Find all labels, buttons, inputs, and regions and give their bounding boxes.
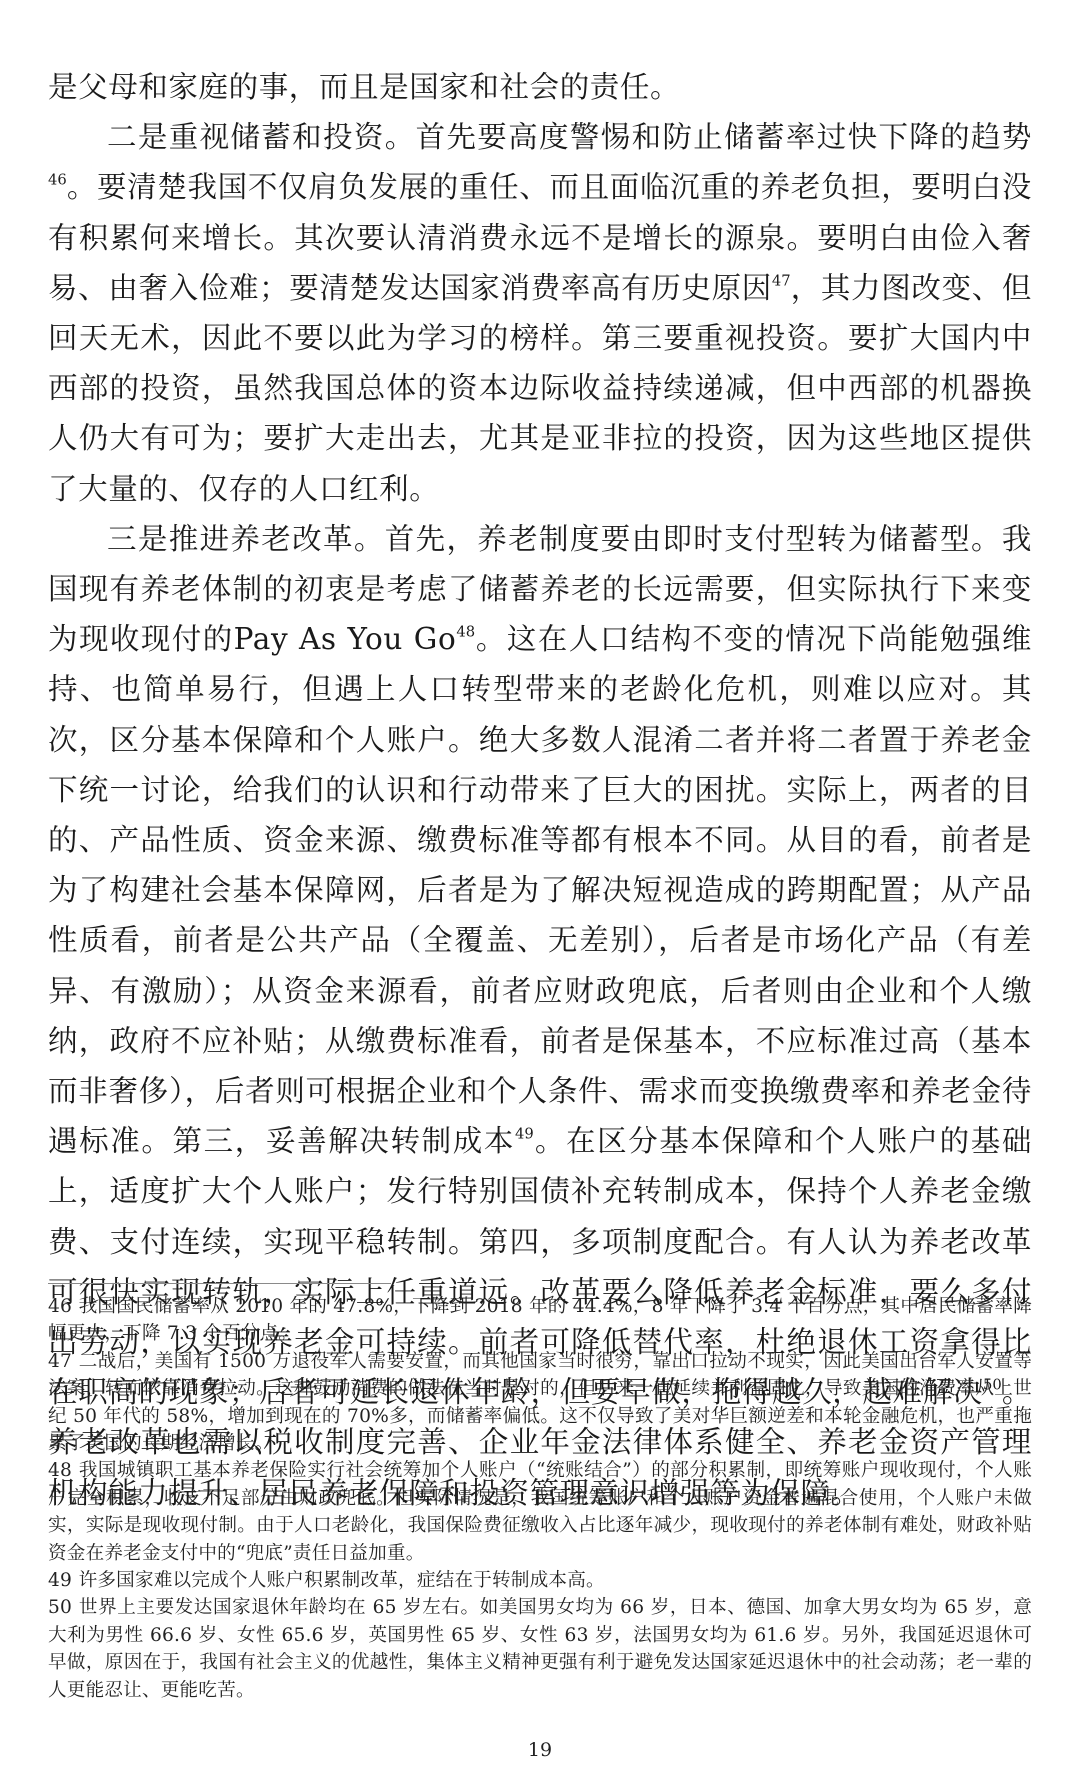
- paragraph-text: 二是重视储蓄和投资。首先要高度警惕和防止储蓄率过快下降的趋势: [107, 120, 1032, 154]
- footnote-ref-47[interactable]: 47: [772, 272, 791, 289]
- footnote-number: 49: [48, 1570, 72, 1591]
- footnote-47: 47二战后，美国有 1500 万退役军人需要安置，而其他国家当时很穷，靠出口拉动…: [48, 1348, 1032, 1458]
- paragraph-savings-investment: 二是重视储蓄和投资。首先要高度警惕和防止储蓄率过快下降的趋势46。要清楚我国不仅…: [48, 112, 1032, 514]
- paragraph-text: ，其力图改变、但回天无术，因此不要以此为学习的榜样。第三要重视投资。要扩大国内中…: [48, 271, 1032, 506]
- footnote-separator: [48, 1283, 391, 1284]
- footnote-text: 世界上主要发达国家退休年龄均在 65 岁左右。如美国男女均为 66 岁，日本、德…: [48, 1597, 1032, 1700]
- paragraph-text: 是父母和家庭的事，而且是国家和社会的责任。: [48, 70, 680, 104]
- footnote-50: 50世界上主要发达国家退休年龄均在 65 岁左右。如美国男女均为 66 岁，日本…: [48, 1594, 1032, 1704]
- footnote-46: 46我国国民储蓄率从 2010 年的 47.8%，下降到 2018 年的 44.…: [48, 1293, 1032, 1348]
- page-number: 19: [48, 1738, 1032, 1762]
- footnote-number: 48: [48, 1460, 72, 1481]
- footnote-ref-48[interactable]: 48: [456, 624, 475, 641]
- footnote-ref-46[interactable]: 46: [48, 172, 67, 189]
- footnote-number: 47: [48, 1351, 72, 1372]
- footnote-number: 46: [48, 1296, 72, 1317]
- footnote-text: 我国国民储蓄率从 2010 年的 47.8%，下降到 2018 年的 44.4%…: [48, 1296, 1032, 1344]
- footnote-48: 48我国城镇职工基本养老保险实行社会统筹加个人账户（“统账结合”）的部分积累制，…: [48, 1457, 1032, 1567]
- footnote-49: 49许多国家难以完成个人账户积累制改革，症结在于转制成本高。: [48, 1567, 1032, 1594]
- paragraph-continuation: 是父母和家庭的事，而且是国家和社会的责任。: [48, 62, 1032, 112]
- footnote-text: 我国城镇职工基本养老保险实行社会统筹加个人账户（“统账结合”）的部分积累制，即统…: [48, 1460, 1032, 1563]
- footnote-number: 50: [48, 1597, 72, 1618]
- footnote-text: 二战后，美国有 1500 万退役军人需要安置，而其他国家当时很穷，靠出口拉动不现…: [48, 1351, 1032, 1454]
- footnotes: 46我国国民储蓄率从 2010 年的 47.8%，下降到 2018 年的 44.…: [48, 1293, 1032, 1704]
- footnote-ref-49[interactable]: 49: [515, 1126, 534, 1143]
- footnote-text: 许多国家难以完成个人账户积累制改革，症结在于转制成本高。: [79, 1570, 605, 1591]
- paragraph-text: 。这在人口结构不变的情况下尚能勉强维持、也简单易行，但遇上人口转型带来的老龄化危…: [48, 622, 1032, 1158]
